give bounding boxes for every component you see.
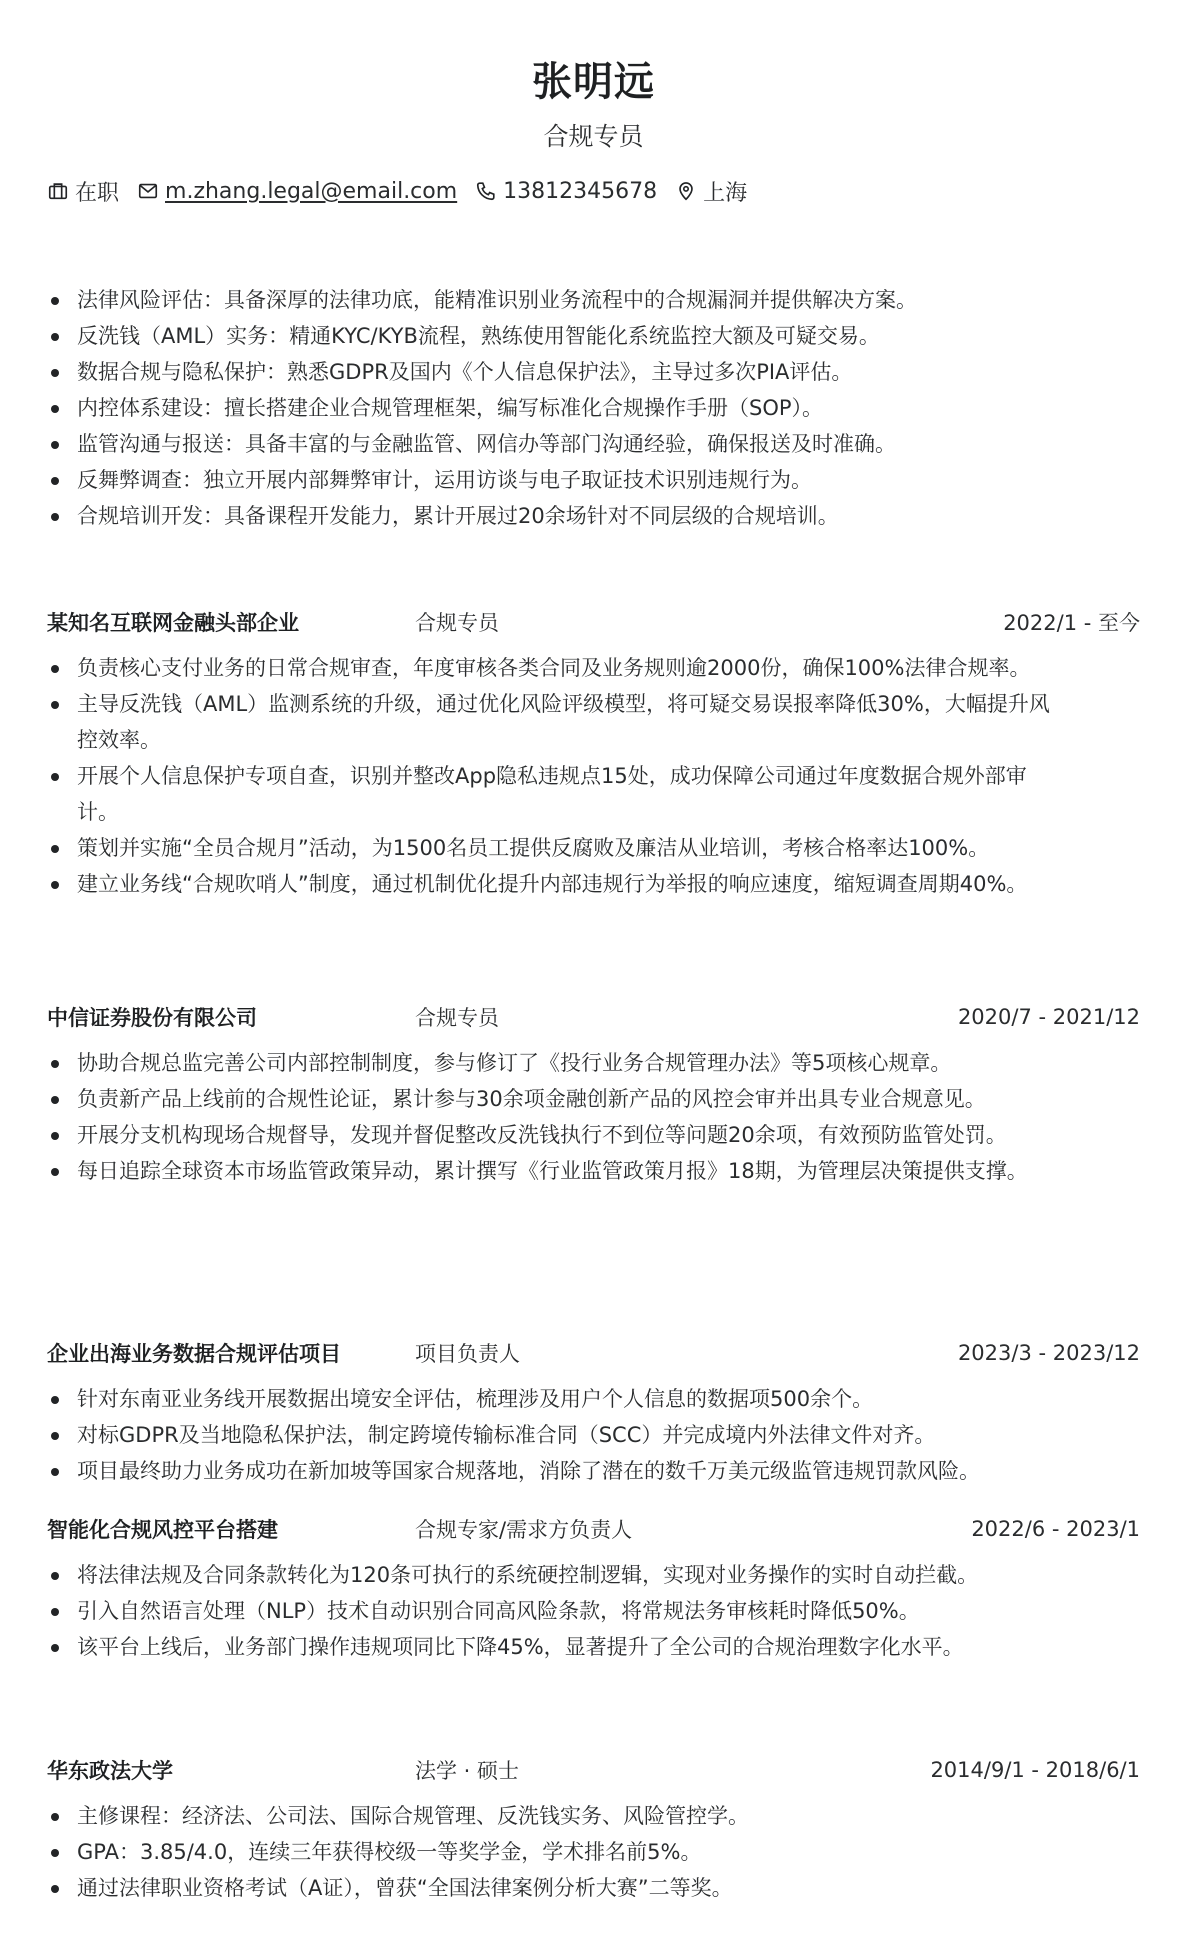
- skill-item: 数据合规与隐私保护：熟悉GDPR及国内《个人信息保护法》，主导过多次PIA评估。: [47, 354, 1140, 390]
- work-entry: 某知名互联网金融头部企业 合规专员 2022/1 - 至今 负责核心支付业务的日…: [47, 604, 1140, 902]
- date-range: 2014/9/1 - 2018/6/1: [930, 1758, 1140, 1782]
- work-bullets: 协助合规总监完善公司内部控制制度，参与修订了《投行业务合规管理办法》等5项核心规…: [47, 1045, 1140, 1189]
- project-bullet: 项目最终助力业务成功在新加坡等国家合规落地，消除了潜在的数千万美元级监管违规罚款…: [47, 1453, 1140, 1489]
- project-bullet: 将法律法规及合同条款转化为120条可执行的系统硬控制逻辑，实现对业务操作的实时自…: [47, 1557, 1140, 1593]
- project-name: 智能化合规风控平台搭建: [47, 1514, 415, 1544]
- entry-header: 华东政法大学 法学 · 硕士 2014/9/1 - 2018/6/1: [47, 1752, 1140, 1788]
- work-entry: 中信证券股份有限公司 合规专员 2020/7 - 2021/12 协助合规总监完…: [47, 999, 1140, 1189]
- project-bullet: 对标GDPR及当地隐私保护法，制定跨境传输标准合同（SCC）并完成境内外法律文件…: [47, 1417, 1140, 1453]
- phone-text: 13812345678: [503, 179, 657, 204]
- status-text: 在职: [75, 176, 119, 207]
- skills-list: 法律风险评估：具备深厚的法律功底，能精准识别业务流程中的合规漏洞并提供解决方案。…: [47, 282, 1140, 534]
- candidate-name: 张明远: [47, 56, 1140, 108]
- entry-header: 某知名互联网金融头部企业 合规专员 2022/1 - 至今: [47, 604, 1140, 640]
- company-name: 中信证券股份有限公司: [47, 1002, 415, 1032]
- work-bullet: 建立业务线“合规吹哨人”制度，通过机制优化提升内部违规行为举报的响应速度，缩短调…: [47, 866, 1140, 902]
- date-range: 2022/1 - 至今: [1003, 607, 1140, 637]
- candidate-title: 合规专员: [47, 119, 1140, 155]
- project-role: 项目负责人: [415, 1338, 958, 1368]
- contact-location: 上海: [675, 176, 747, 207]
- work-bullet: 负责新产品上线前的合规性论证，累计参与30余项金融创新产品的风控会审并出具专业合…: [47, 1081, 1140, 1117]
- education-bullet: 通过法律职业资格考试（A证），曾获“全国法律案例分析大赛”二等奖。: [47, 1870, 1140, 1906]
- date-range: 2022/6 - 2023/1: [971, 1517, 1140, 1541]
- location-pin-icon: [675, 180, 697, 202]
- date-range: 2020/7 - 2021/12: [958, 1005, 1140, 1029]
- skill-item: 反洗钱（AML）实务：精通KYC/KYB流程，熟练使用智能化系统监控大额及可疑交…: [47, 318, 1140, 354]
- mail-icon: [137, 180, 159, 202]
- skill-item: 反舞弊调查：独立开展内部舞弊审计，运用访谈与电子取证技术识别违规行为。: [47, 462, 1140, 498]
- briefcase-icon: [47, 180, 69, 202]
- project-bullets: 将法律法规及合同条款转化为120条可执行的系统硬控制逻辑，实现对业务操作的实时自…: [47, 1557, 1140, 1665]
- entry-header: 智能化合规风控平台搭建 合规专家/需求方负责人 2022/6 - 2023/1: [47, 1511, 1140, 1547]
- email-link[interactable]: m.zhang.legal@email.com: [165, 179, 457, 204]
- project-bullet: 引入自然语言处理（NLP）技术自动识别合同高风险条款，将常规法务审核耗时降低50…: [47, 1593, 1140, 1629]
- skill-item: 内控体系建设：擅长搭建企业合规管理框架，编写标准化合规操作手册（SOP）。: [47, 390, 1140, 426]
- contact-email: m.zhang.legal@email.com: [137, 179, 457, 204]
- skill-item: 合规培训开发：具备课程开发能力，累计开展过20余场针对不同层级的合规培训。: [47, 498, 1140, 534]
- entry-header: 企业出海业务数据合规评估项目 项目负责人 2023/3 - 2023/12: [47, 1335, 1140, 1371]
- date-range: 2023/3 - 2023/12: [958, 1341, 1140, 1365]
- education-bullet: 主修课程：经济法、公司法、国际合规管理、反洗钱实务、风险管控学。: [47, 1798, 1140, 1834]
- project-bullet: 该平台上线后，业务部门操作违规项同比下降45%，显著提升了全公司的合规治理数字化…: [47, 1629, 1140, 1665]
- education-bullet: GPA：3.85/4.0，连续三年获得校级一等奖学金，学术排名前5%。: [47, 1834, 1140, 1870]
- project-entry: 企业出海业务数据合规评估项目 项目负责人 2023/3 - 2023/12 针对…: [47, 1335, 1140, 1489]
- location-text: 上海: [703, 176, 747, 207]
- contact-phone: 13812345678: [475, 179, 657, 204]
- work-bullets: 负责核心支付业务的日常合规审查，年度审核各类合同及业务规则逾2000份，确保10…: [47, 650, 1140, 902]
- project-name: 企业出海业务数据合规评估项目: [47, 1338, 415, 1368]
- work-bullet: 开展个人信息保护专项自查，识别并整改App隐私违规点15处，成功保障公司通过年度…: [47, 758, 1140, 830]
- skill-item: 法律风险评估：具备深厚的法律功底，能精准识别业务流程中的合规漏洞并提供解决方案。: [47, 282, 1140, 318]
- skills-section: 法律风险评估：具备深厚的法律功底，能精准识别业务流程中的合规漏洞并提供解决方案。…: [47, 282, 1140, 534]
- job-role: 合规专员: [415, 607, 1003, 637]
- work-bullet: 策划并实施“全员合规月”活动，为1500名员工提供反腐败及廉洁从业培训，考核合格…: [47, 830, 1140, 866]
- contact-status: 在职: [47, 176, 119, 207]
- degree: 法学 · 硕士: [415, 1755, 930, 1785]
- work-bullet: 负责核心支付业务的日常合规审查，年度审核各类合同及业务规则逾2000份，确保10…: [47, 650, 1140, 686]
- project-bullet: 针对东南亚业务线开展数据出境安全评估，梳理涉及用户个人信息的数据项500余个。: [47, 1381, 1140, 1417]
- job-role: 合规专员: [415, 1002, 958, 1032]
- project-entry: 智能化合规风控平台搭建 合规专家/需求方负责人 2022/6 - 2023/1 …: [47, 1511, 1140, 1665]
- skill-item: 监管沟通与报送：具备丰富的与金融监管、网信办等部门沟通经验，确保报送及时准确。: [47, 426, 1140, 462]
- project-bullets: 针对东南亚业务线开展数据出境安全评估，梳理涉及用户个人信息的数据项500余个。 …: [47, 1381, 1140, 1489]
- work-bullet: 每日追踪全球资本市场监管政策异动，累计撰写《行业监管政策月报》18期，为管理层决…: [47, 1153, 1140, 1189]
- phone-icon: [475, 180, 497, 202]
- project-role: 合规专家/需求方负责人: [415, 1514, 971, 1544]
- education-bullets: 主修课程：经济法、公司法、国际合规管理、反洗钱实务、风险管控学。 GPA：3.8…: [47, 1798, 1140, 1906]
- entry-header: 中信证券股份有限公司 合规专员 2020/7 - 2021/12: [47, 999, 1140, 1035]
- work-bullet: 协助合规总监完善公司内部控制制度，参与修订了《投行业务合规管理办法》等5项核心规…: [47, 1045, 1140, 1081]
- company-name: 某知名互联网金融头部企业: [47, 607, 415, 637]
- work-bullet: 开展分支机构现场合规督导，发现并督促整改反洗钱执行不到位等问题20余项，有效预防…: [47, 1117, 1140, 1153]
- work-bullet: 主导反洗钱（AML）监测系统的升级，通过优化风险评级模型，将可疑交易误报率降低3…: [47, 686, 1140, 758]
- education-entry: 华东政法大学 法学 · 硕士 2014/9/1 - 2018/6/1 主修课程：…: [47, 1752, 1140, 1906]
- school-name: 华东政法大学: [47, 1755, 415, 1785]
- contact-row: 在职 m.zhang.legal@email.com 13812345678 上…: [47, 176, 765, 206]
